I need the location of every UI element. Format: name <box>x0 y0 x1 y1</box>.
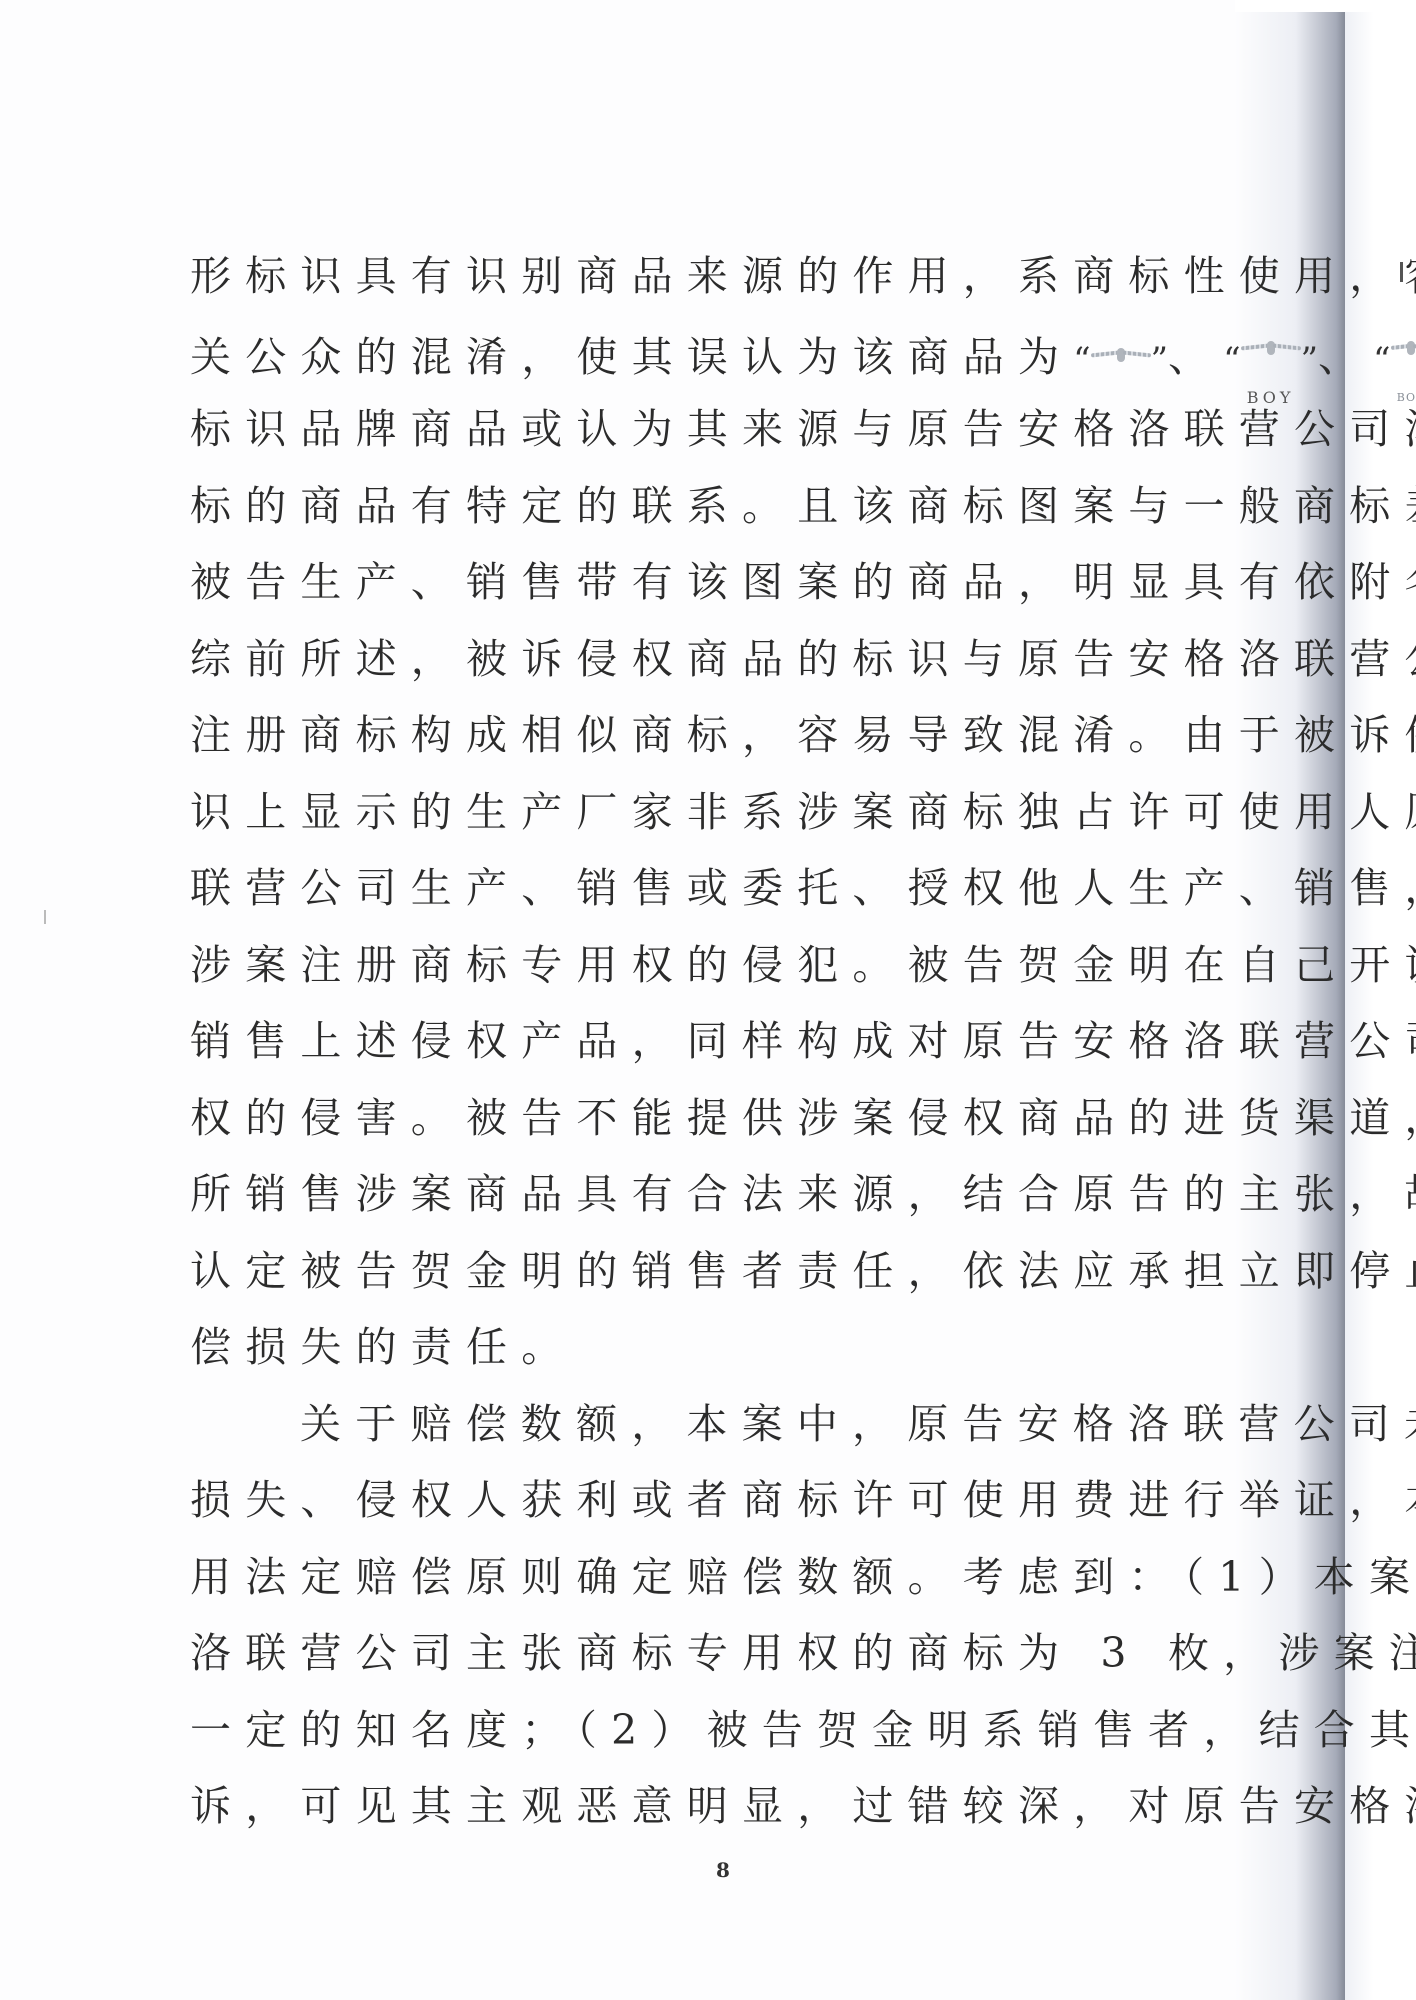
text-line: 联营公司生产、销售或委托、授权他人生产、销售，故构成对 <box>190 850 1250 927</box>
quote-close: ” <box>1301 339 1318 379</box>
scan-shadow <box>1235 10 1345 2000</box>
trademark-text: BOY <box>1391 391 1416 405</box>
text-line: 涉案注册商标专用权的侵犯。被告贺金明在自己开设的店铺内 <box>190 927 1250 1004</box>
document-page: 形标识具有识别商品来源的作用，系商标性使用，容易导致相 关公众的混淆，使其误认为… <box>0 0 1416 2000</box>
document-body: 形标识具有识别商品来源的作用，系商标性使用，容易导致相 关公众的混淆，使其误认为… <box>190 238 1250 1845</box>
text-line: 综前所述，被诉侵权商品的标识与原告安格洛联营公司的涉案 <box>190 621 1250 698</box>
quote-open: “ <box>1373 339 1390 379</box>
text-line: 权的侵害。被告不能提供涉案侵权商品的进货渠道，不能证明 <box>190 1080 1250 1157</box>
eagle-boy-small-logo-icon: BOY <box>1391 315 1416 406</box>
text-line: 一定的知名度；（2）被告贺金明系销售者，结合其拒不到庭应 <box>190 1692 1250 1769</box>
eagle-logo-icon <box>1091 322 1151 399</box>
text-line: 标识品牌商品或认为其来源与原告安格洛联营公司涉案注册商 <box>190 391 1250 468</box>
text-line: 用法定赔偿原则确定赔偿数额。考虑到：（1）本案中原告安格 <box>190 1539 1250 1616</box>
scan-top-strip <box>1235 0 1416 12</box>
text-line: 识上显示的生产厂家非系涉案商标独占许可使用人原告安格洛 <box>190 774 1250 851</box>
text-line: 认定被告贺金明的销售者责任，依法应承担立即停止侵权并赔 <box>190 1233 1250 1310</box>
text-line: 所销售涉案商品具有合法来源，结合原告的主张，故本院依法 <box>190 1156 1250 1233</box>
trademark-text: BOY <box>1241 391 1301 405</box>
page-number: 8 <box>716 1858 730 1882</box>
separator: 、 <box>1318 332 1373 380</box>
text-segment: 关公众的混淆，使其误认为该商品为 <box>190 332 1073 380</box>
quote-close: ” <box>1151 339 1168 379</box>
text-line: 诉，可见其主观恶意明显，过错较深，对原告安格洛联营公司 <box>190 1768 1250 1845</box>
eagle-boy-logo-icon: BOY <box>1241 315 1301 406</box>
text-line: 洛联营公司主张商标专用权的商标为 3 枚，涉案注册商标具有 <box>190 1615 1250 1692</box>
text-line: 标的商品有特定的联系。且该商标图案与一般商标差异较大， <box>190 468 1250 545</box>
text-line-with-trademarks: 关公众的混淆，使其误认为该商品为“”、“BOY”、“BOY” <box>190 315 1250 392</box>
text-line: 损失、侵权人获利或者商标许可使用费进行举证，本院依法适 <box>190 1462 1250 1539</box>
quote-open: “ <box>1223 339 1240 379</box>
text-line: 偿损失的责任。 <box>190 1309 1250 1386</box>
scan-edge <box>1345 10 1416 2000</box>
scan-speck <box>44 910 46 924</box>
text-line: 被告生产、销售带有该图案的商品，明显具有依附名牌的故意。 <box>190 544 1250 621</box>
separator: 、 <box>1168 332 1223 380</box>
text-line: 形标识具有识别商品来源的作用，系商标性使用，容易导致相 <box>190 238 1250 315</box>
paragraph-start-line: 关于赔偿数额，本案中，原告安格洛联营公司未就权利人 <box>190 1386 1250 1463</box>
text-line: 销售上述侵权产品，同样构成对原告安格洛联营公司商标专用 <box>190 1003 1250 1080</box>
quote-open: “ <box>1073 339 1090 379</box>
text-line: 注册商标构成相似商标，容易导致混淆。由于被诉侵权商品标 <box>190 697 1250 774</box>
